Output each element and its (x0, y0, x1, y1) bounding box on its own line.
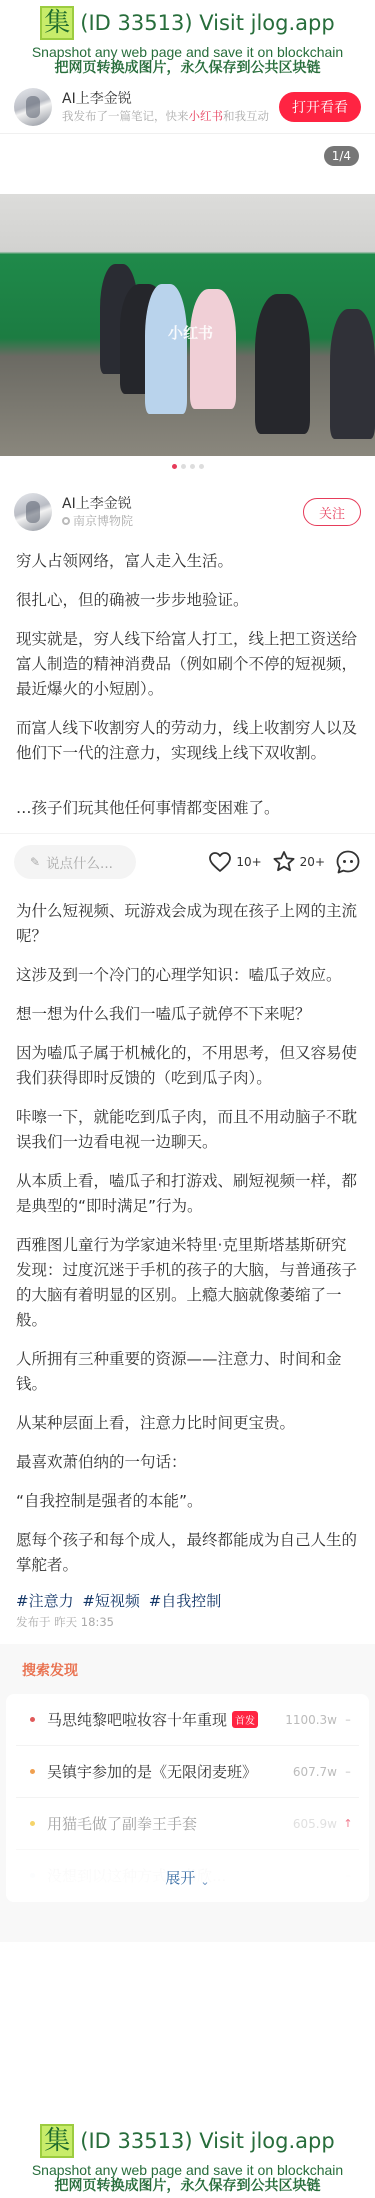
discovery-title: 搜索发现 (6, 1660, 369, 1680)
bottom-action-bar: ✎ 说点什么... 10+ 20+ (0, 833, 375, 889)
paragraph: 最喜欢萧伯纳的一句话： (16, 1450, 359, 1475)
watermark-id-line: (ID 33513) Visit jlog.app (80, 2129, 334, 2153)
hashtag[interactable]: #自我控制 (149, 1592, 222, 1610)
appbar-sub-suffix: 和我互动 (223, 109, 269, 123)
paragraph: 咔嚓一下，就能吃到瓜子肉，而且不用动脑子不耽误我们一边看电视一边聊天。 (16, 1105, 359, 1155)
comment-placeholder: 说点什么... (46, 852, 113, 872)
rank-dot-icon (30, 1717, 35, 1722)
image-carousel[interactable]: 1/4 小红书 (0, 134, 375, 469)
hashtag[interactable]: #短视频 (82, 1592, 140, 1610)
author-location-text: 南京博物院 (73, 514, 133, 528)
chevron-down-icon: ⌄ (200, 1875, 209, 1888)
post-body: 穷人占领网络，富人走入生活。 很扎心，但的确被一步步地验证。 现实就是，穷人线下… (0, 531, 375, 1630)
hashtag[interactable]: #注意力 (16, 1592, 74, 1610)
search-discovery-section: 搜索发现 马思纯黎吧啦妆容十年重现 首发 1100.3w – 吴镇宇参加的是《无… (0, 1644, 375, 1942)
trending-count: 605.9w (281, 1817, 337, 1831)
paragraph: 现实就是，穷人线下给富人打工，线上把工资送给富人制造的精神消费品（例如刷个不停的… (16, 627, 359, 702)
appbar-author-name: AI上李金锐 (62, 90, 279, 108)
watermark-id-line: (ID 33513) Visit jlog.app (80, 11, 334, 35)
hashtag-list: #注意力 #短视频 #自我控制 (16, 1590, 359, 1612)
appbar-sub-highlight: 小红书 (189, 109, 224, 123)
paragraph: 这涉及到一个冷门的心理学知识：嗑瓜子效应。 (16, 963, 359, 988)
trending-item[interactable]: 吴镇宇参加的是《无限闭麦班》 607.7w – (16, 1746, 359, 1798)
publish-time: 发布于 昨天 18:35 (16, 1614, 359, 1630)
comment-button[interactable] (335, 849, 361, 875)
paragraph: 很扎心，但的确被一步步地验证。 (16, 588, 359, 613)
watermark-chinese: 把网页转换成图片，永久保存到公共区块链 (0, 2178, 375, 2194)
author-location[interactable]: 南京博物院 (62, 513, 303, 529)
watermark-chinese: 把网页转换成图片，永久保存到公共区块链 (0, 60, 375, 76)
trend-flat-icon: – (337, 1713, 359, 1726)
trending-item[interactable]: 马思纯黎吧啦妆容十年重现 首发 1100.3w – (16, 1694, 359, 1746)
slide-counter: 1/4 (324, 146, 359, 166)
open-in-app-bar: AI上李金锐 我发布了一篇笔记，快来小红书和我互动 打开看看 (0, 80, 375, 134)
trending-text: 吴镇宇参加的是《无限闭麦班》 (47, 1761, 257, 1782)
paragraph: 西雅图儿童行为学家迪米特里·克里斯塔基斯研究发现：过度沉迷于手机的孩子的大脑，与… (16, 1233, 359, 1333)
appbar-sub-prefix: 我发布了一篇笔记，快来 (62, 109, 189, 123)
jlog-logo-icon: 集 (40, 6, 74, 40)
avatar[interactable] (14, 88, 52, 126)
expand-label: 展开 (165, 1867, 195, 1888)
paragraph: “自我控制是强者的本能”。 (16, 1489, 359, 1514)
watermark-english: Snapshot any web page and save it on blo… (0, 2162, 375, 2178)
collect-count: 20+ (300, 855, 325, 869)
carousel-dot-1[interactable] (172, 464, 177, 469)
trending-text: 用猫毛做了副拳王手套 (47, 1813, 197, 1834)
collect-button[interactable]: 20+ (272, 850, 325, 873)
appbar-subtitle: 我发布了一篇笔记，快来小红书和我互动 (62, 108, 279, 124)
trending-text: 马思纯黎吧啦妆容十年重现 (47, 1709, 227, 1730)
like-count: 10+ (236, 855, 261, 869)
paragraph: 因为嗑瓜子属于机械化的，不用思考，但又容易使我们获得即时反馈的（吃到瓜子肉）。 (16, 1041, 359, 1091)
photo-figure (145, 284, 187, 414)
paragraph: 而富人线下收割穷人的劳动力，线上收割穷人以及他们下一代的注意力，实现线上线下双收… (16, 716, 359, 766)
carousel-dots (0, 464, 375, 469)
carousel-dot-2[interactable] (181, 464, 186, 469)
follow-button[interactable]: 关注 (303, 498, 361, 526)
watermark-english: Snapshot any web page and save it on blo… (0, 44, 375, 60)
rank-dot-icon (30, 1821, 35, 1826)
photo-figure (330, 309, 375, 439)
trending-count: 1100.3w (281, 1713, 337, 1727)
paragraph: 人所拥有三种重要的资源——注意力、时间和金钱。 (16, 1347, 359, 1397)
post-photo[interactable]: 小红书 (0, 194, 375, 456)
trending-count: 607.7w (281, 1765, 337, 1779)
paragraph: 愿每个孩子和每个成人，最终都能成为自己人生的掌舵者。 (16, 1528, 359, 1578)
star-icon (272, 850, 296, 873)
heart-icon (208, 851, 232, 873)
author-row: AI上李金锐 南京博物院 关注 (0, 481, 375, 531)
watermark-banner-bottom: 集 (ID 33513) Visit jlog.app Snapshot any… (0, 2118, 375, 2198)
paragraph-obscured: …孩子们玩其他任何事情都变困难了。 (16, 796, 359, 821)
paragraph: 想一想为什么我们一嗑瓜子就停不下来呢？ (16, 1002, 359, 1027)
watermark-banner-top: 集 (ID 33513) Visit jlog.app Snapshot any… (0, 0, 375, 80)
comment-input[interactable]: ✎ 说点什么... (14, 845, 136, 879)
photo-figure (190, 289, 236, 409)
photo-figure (255, 294, 310, 434)
jlog-logo-icon: 集 (40, 2124, 74, 2158)
like-button[interactable]: 10+ (208, 851, 261, 873)
paragraph: 穷人占领网络，富人走入生活。 (16, 549, 359, 574)
open-app-button[interactable]: 打开看看 (279, 92, 361, 122)
comment-bubble-icon (335, 849, 361, 875)
carousel-dot-4[interactable] (199, 464, 204, 469)
trend-up-icon: ↑ (337, 1817, 359, 1830)
author-name[interactable]: AI上李金锐 (62, 495, 303, 513)
location-pin-icon (62, 517, 70, 525)
author-avatar[interactable] (14, 493, 52, 531)
discovery-card: 马思纯黎吧啦妆容十年重现 首发 1100.3w – 吴镇宇参加的是《无限闭麦班》… (6, 1694, 369, 1902)
rank-dot-icon (30, 1769, 35, 1774)
expand-button[interactable]: 展开 ⌄ (6, 1832, 369, 1902)
trend-flat-icon: – (337, 1765, 359, 1778)
paragraph: 为什么短视频、玩游戏会成为现在孩子上网的主流呢？ (16, 899, 359, 949)
photo-watermark: 小红书 (168, 322, 213, 343)
trending-badge: 首发 (232, 1711, 258, 1728)
pencil-icon: ✎ (30, 855, 40, 869)
paragraph: 从某种层面上看，注意力比时间更宝贵。 (16, 1411, 359, 1436)
carousel-dot-3[interactable] (190, 464, 195, 469)
paragraph: 从本质上看，嗑瓜子和打游戏、刷短视频一样，都是典型的“即时满足”行为。 (16, 1169, 359, 1219)
